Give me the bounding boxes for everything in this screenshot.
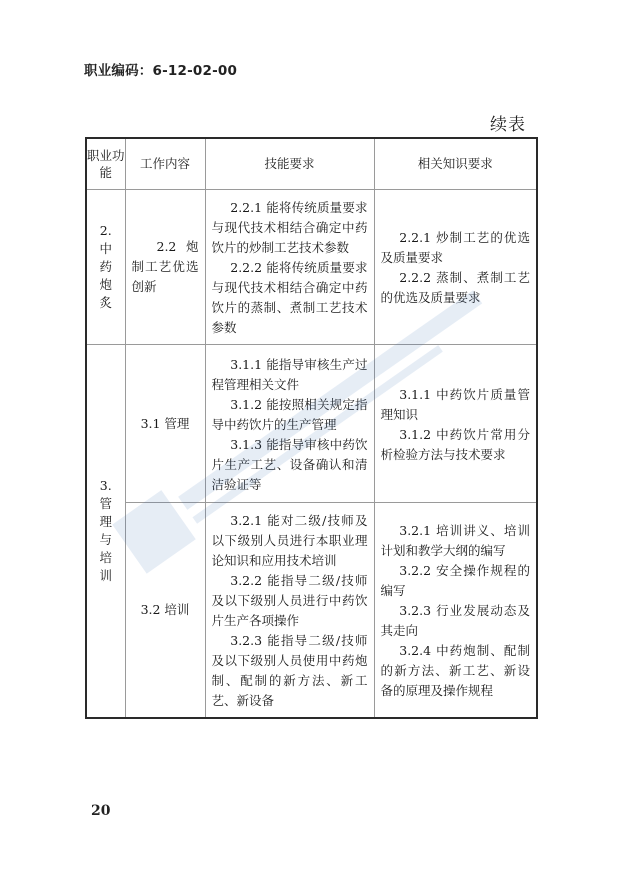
skills-cell: 3.1.1 能指导审核生产过程管理相关文件 3.1.2 能按照相关规定指导中药饮… bbox=[205, 345, 374, 503]
work-content-text: 2.2 炮制工艺优选创新 bbox=[132, 237, 199, 297]
work-content-cell: 2.2 炮制工艺优选创新 bbox=[125, 190, 205, 345]
table-row: 2. 中药炮炙 2.2 炮制工艺优选创新 2.2.1 能将传统质量要求与现代技术… bbox=[86, 190, 537, 345]
function-cell: 2. 中药炮炙 bbox=[86, 190, 125, 345]
work-content-text: 3.2 培训 bbox=[132, 600, 199, 620]
knowledge-cell: 3.1.1 中药饮片质量管理知识 3.1.2 中药饮片常用分析检验方法与技术要求 bbox=[374, 345, 537, 503]
knowledge-item: 3.2.4 中药炮制、配制的新方法、新工艺、新设备的原理及操作规程 bbox=[381, 641, 531, 701]
function-name: 管理与培训 bbox=[99, 495, 113, 585]
work-content-cell: 3.1 管理 bbox=[125, 345, 205, 503]
work-content-text: 3.1 管理 bbox=[132, 414, 199, 434]
column-header-label: 职业功能 bbox=[87, 148, 125, 180]
occupation-code: 职业编码：6-12-02-00 bbox=[84, 59, 237, 79]
knowledge-item: 3.1.1 中药饮片质量管理知识 bbox=[381, 385, 531, 425]
skill-item: 3.2.2 能指导二级/技师及以下级别人员进行中药饮片生产各项操作 bbox=[212, 571, 368, 631]
column-header-work-content: 工作内容 bbox=[125, 138, 205, 190]
knowledge-item: 2.2.1 炒制工艺的优选及质量要求 bbox=[381, 228, 531, 268]
table-row: 3. 管理与培训 3.1 管理 3.1.1 能指导审核生产过程管理相关文件 3.… bbox=[86, 345, 537, 503]
function-number: 3. bbox=[87, 477, 125, 495]
skill-item: 2.2.1 能将传统质量要求与现代技术相结合确定中药饮片的炒制工艺技术参数 bbox=[212, 198, 368, 258]
continued-table-label: 续表 bbox=[490, 110, 526, 135]
skills-cell: 2.2.1 能将传统质量要求与现代技术相结合确定中药饮片的炒制工艺技术参数 2.… bbox=[205, 190, 374, 345]
knowledge-item: 2.2.2 蒸制、煮制工艺的优选及质量要求 bbox=[381, 268, 531, 308]
knowledge-cell: 2.2.1 炒制工艺的优选及质量要求 2.2.2 蒸制、煮制工艺的优选及质量要求 bbox=[374, 190, 537, 345]
skill-item: 3.1.3 能指导审核中药饮片生产工艺、设备确认和清洁验证等 bbox=[212, 435, 368, 495]
knowledge-item: 3.2.3 行业发展动态及其走向 bbox=[381, 601, 531, 641]
skill-item: 3.1.1 能指导审核生产过程管理相关文件 bbox=[212, 355, 368, 395]
table-row: 3.2 培训 3.2.1 能对二级/技师及以下级别人员进行本职业理论知识和应用技… bbox=[86, 503, 537, 719]
skill-item: 3.2.3 能指导二级/技师及以下级别人员使用中药炮制、配制的新方法、新工艺、新… bbox=[212, 631, 368, 711]
function-cell: 3. 管理与培训 bbox=[86, 345, 125, 719]
function-number: 2. bbox=[87, 222, 125, 240]
skill-item: 3.1.2 能按照相关规定指导中药饮片的生产管理 bbox=[212, 395, 368, 435]
skills-cell: 3.2.1 能对二级/技师及以下级别人员进行本职业理论知识和应用技术培训 3.2… bbox=[205, 503, 374, 719]
skill-requirements-table: 职业功能 工作内容 技能要求 相关知识要求 2. 中药炮炙 2.2 炮制工艺优选… bbox=[85, 137, 538, 719]
column-header-skills: 技能要求 bbox=[205, 138, 374, 190]
skill-item: 2.2.2 能将传统质量要求与现代技术相结合确定中药饮片的蒸制、煮制工艺技术参数 bbox=[212, 258, 368, 338]
column-header-knowledge: 相关知识要求 bbox=[374, 138, 537, 190]
skill-item: 3.2.1 能对二级/技师及以下级别人员进行本职业理论知识和应用技术培训 bbox=[212, 511, 368, 571]
knowledge-item: 3.2.1 培训讲义、培训计划和教学大纲的编写 bbox=[381, 521, 531, 561]
knowledge-cell: 3.2.1 培训讲义、培训计划和教学大纲的编写 3.2.2 安全操作规程的编写 … bbox=[374, 503, 537, 719]
knowledge-item: 3.2.2 安全操作规程的编写 bbox=[381, 561, 531, 601]
page-number: 20 bbox=[91, 803, 110, 819]
work-content-cell: 3.2 培训 bbox=[125, 503, 205, 719]
knowledge-item: 3.1.2 中药饮片常用分析检验方法与技术要求 bbox=[381, 425, 531, 465]
column-header-function: 职业功能 bbox=[86, 138, 125, 190]
table-header-row: 职业功能 工作内容 技能要求 相关知识要求 bbox=[86, 138, 537, 190]
function-name: 中药炮炙 bbox=[99, 240, 113, 312]
